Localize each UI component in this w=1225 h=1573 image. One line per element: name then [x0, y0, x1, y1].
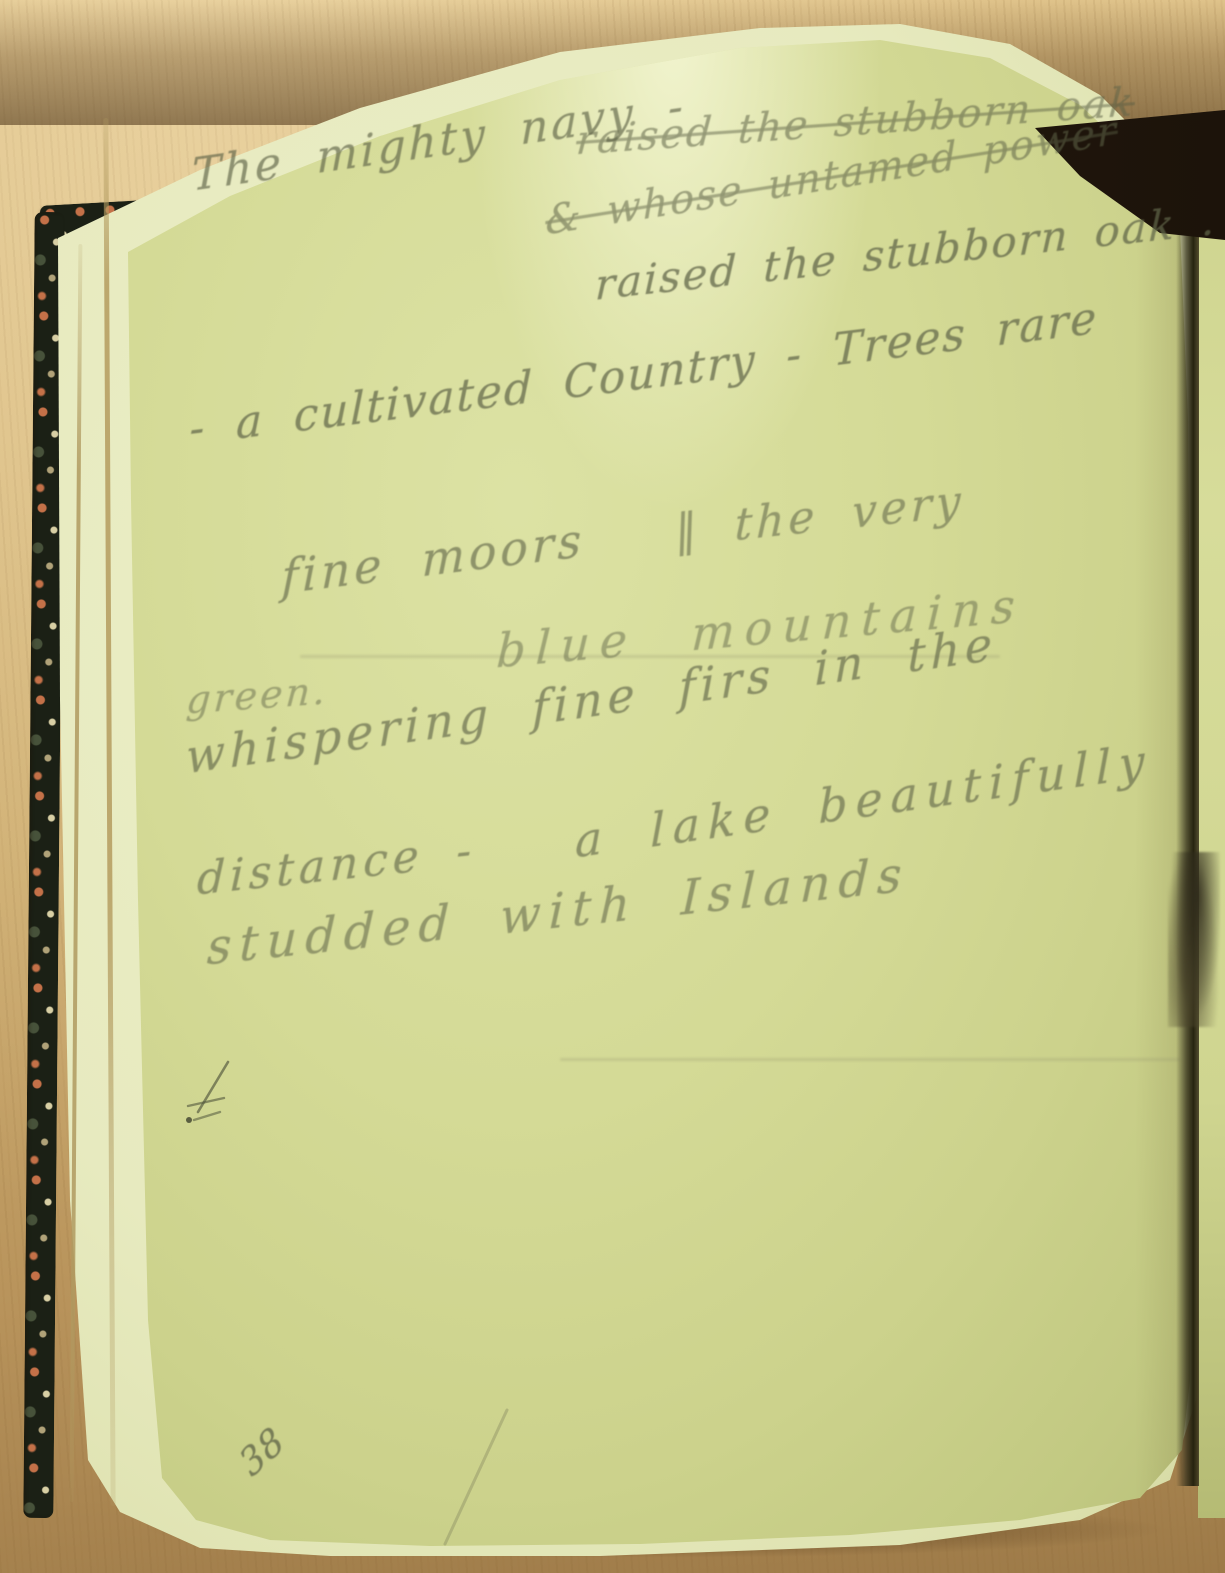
facing-page-edge: [1198, 120, 1225, 1518]
photo-scene: The mighty navy - raised the stubborn oa…: [0, 0, 1225, 1573]
stray-pencil-mark: [176, 1054, 246, 1144]
stray-slash-mark: [415, 1402, 535, 1552]
gutter-ink-blotch: [1168, 852, 1220, 1027]
impressed-line: [560, 1058, 1180, 1061]
gutter-shadow: [1176, 126, 1199, 1486]
marbled-cover-left-edge: [23, 212, 64, 1518]
